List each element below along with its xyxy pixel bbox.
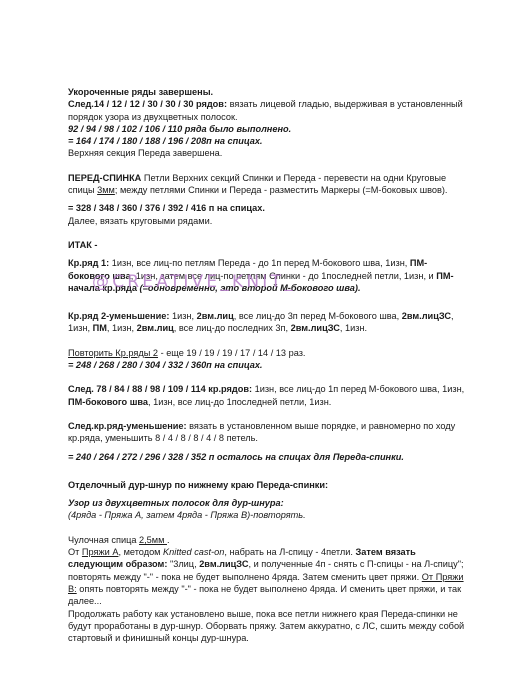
bold-text: ПМ <box>93 323 107 333</box>
i-cord-instructions: От Пряжи А, методом Knitted cast-on, наб… <box>68 546 468 607</box>
section-title-short-rows: Укороченные ряды завершены. <box>68 86 468 98</box>
text: Чулочная спица <box>68 535 139 545</box>
text: - еще 19 / 19 / 19 / 17 / 14 / 13 раз. <box>158 348 305 358</box>
finishing-instructions: Продолжать работу как установлено выше, … <box>68 608 468 645</box>
needle-size: 3мм <box>97 185 115 195</box>
text: , все лиц-до последних 3п, <box>174 323 291 333</box>
section-title-i-cord: Отделочный дур-шнур по нижнему краю Пере… <box>68 479 468 491</box>
bold-label: ПЕРЕД-СПИНКА <box>68 173 141 183</box>
decrease-instructions: След.кр.ряд-уменьшение: вязать в установ… <box>68 420 468 445</box>
next-rows-instructions: След. 78 / 84 / 88 / 98 / 109 / 114 кр.р… <box>68 383 468 408</box>
text: 1изн, <box>169 311 196 321</box>
text: , методом <box>118 547 163 557</box>
rows-done: 92 / 94 / 98 / 102 / 106 / 110 ряда было… <box>68 123 468 135</box>
text: 1изн, все лиц-до 1п перед М-бокового шва… <box>252 384 464 394</box>
italic-text: Knitted cast-on <box>163 547 224 557</box>
text: . <box>167 535 170 545</box>
repeat-instructions: Повторить Кр.ряды 2 - еще 19 / 19 / 19 /… <box>68 347 468 359</box>
needle-size: 2,5мм <box>139 535 167 545</box>
stitch-count: = 248 / 268 / 280 / 304 / 332 / 360п на … <box>68 359 468 371</box>
text: , набрать на Л-спицу - 4петли. <box>224 547 355 557</box>
pattern-text: (4ряда - Пряжа А, затем 4ряда - Пряжа В)… <box>68 509 468 521</box>
text: , 1изн. <box>340 323 367 333</box>
bold-text: 2вм.лицЗС <box>199 559 248 569</box>
bold-label: След.кр.ряд-уменьшение: <box>68 421 187 431</box>
text: От <box>68 547 82 557</box>
stitch-count: = 240 / 264 / 272 / 296 / 328 / 352 п ос… <box>68 451 468 463</box>
bold-label: Кр.ряд 1: <box>68 258 109 268</box>
bold-text: 2вм.лиц <box>197 311 234 321</box>
bold-text: 2вм.лицЗС <box>291 323 340 333</box>
document-page: Укороченные ряды завершены. След.14 / 12… <box>68 86 468 644</box>
needle-line: Чулочная спица 2,5мм . <box>68 534 468 546</box>
paragraph-next-rows: След.14 / 12 / 12 / 30 / 30 / 30 рядов: … <box>68 98 468 123</box>
section-title-itak: ИТАК - <box>68 239 468 251</box>
next-note: Далее, вязать круговыми рядами. <box>68 215 468 227</box>
row-2-instructions: Кр.ряд 2-уменьшение: 1изн, 2вм.лиц, все … <box>68 310 468 335</box>
watermark: @CREATIVE_KNIT_ <box>92 272 296 292</box>
bold-text: ПМ-бокового шва <box>68 397 148 407</box>
completed-note: Верхняя секция Переда завершена. <box>68 147 468 159</box>
bold-text: 2вм.лиц <box>137 323 174 333</box>
text: , все лиц-до 3п перед М-бокового шва, <box>234 311 402 321</box>
text: ; между петлями Спинки и Переда - размес… <box>115 185 448 195</box>
yarn-a: Пряжи А <box>82 547 119 557</box>
paragraph-front-back: ПЕРЕД-СПИНКА Петли Верхних секций Спинки… <box>68 172 468 197</box>
text: 1изн, все лиц-по петлям Переда - до 1п п… <box>109 258 410 268</box>
pattern-title: Узор из двухцветных полосок для дур-шнур… <box>68 497 468 509</box>
text: , 1изн, все лиц-до 1последней петли, 1из… <box>148 397 331 407</box>
stitch-count: = 164 / 174 / 180 / 188 / 196 / 208п на … <box>68 135 468 147</box>
stitch-count: = 328 / 348 / 360 / 376 / 392 / 416 п на… <box>68 202 468 214</box>
repeat-rows-link: Повторить Кр.ряды 2 <box>68 348 158 358</box>
text: "3лиц, <box>167 559 199 569</box>
bold-label: След. 78 / 84 / 88 / 98 / 109 / 114 кр.р… <box>68 384 252 394</box>
bold-label: Кр.ряд 2-уменьшение: <box>68 311 169 321</box>
text: опять повторять между "-" - пока не буде… <box>68 584 461 606</box>
bold-text: 2вм.лицЗС <box>402 311 451 321</box>
bold-label: След.14 / 12 / 12 / 30 / 30 / 30 рядов: <box>68 99 227 109</box>
text: , 1изн, <box>107 323 137 333</box>
